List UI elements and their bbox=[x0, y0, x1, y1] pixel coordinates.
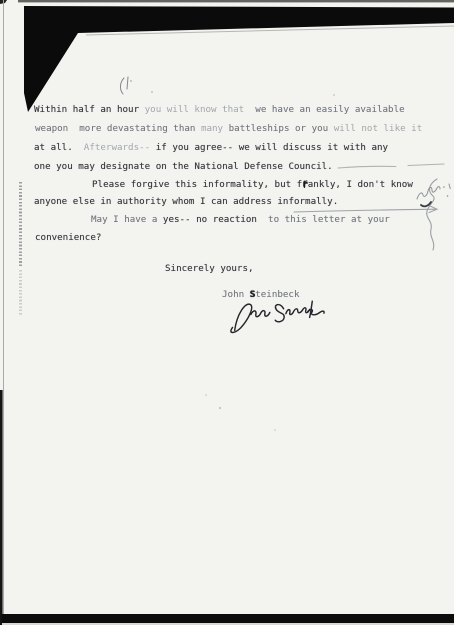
letter-line-1: Within half an hour you will know that w… bbox=[34, 104, 405, 116]
line-text: Please forgive this informality, but f bbox=[92, 179, 302, 190]
signature-john-steinbeck bbox=[224, 296, 338, 338]
typed-name-text: teinbeck bbox=[255, 289, 299, 300]
letter-line-5: Please forgive this informality, but fra… bbox=[92, 179, 413, 191]
line-text: we have an easily available bbox=[244, 104, 404, 115]
line-text: battleships or you bbox=[229, 123, 334, 134]
letter-line-7: May I have a yes-- no reaction to this l… bbox=[91, 214, 390, 226]
line-text: to this letter at your bbox=[263, 214, 390, 225]
line-text: Within half an hour bbox=[34, 104, 145, 115]
line-text: convenience? bbox=[35, 232, 101, 243]
line-text: anyone else in authority whom I can addr… bbox=[34, 196, 338, 207]
typed-name-text: John bbox=[222, 289, 250, 300]
left-edge-black-bar bbox=[0, 390, 3, 625]
black-scan-corner bbox=[24, 6, 454, 112]
signature-strokes bbox=[230, 300, 325, 332]
pencil-paren-mark bbox=[120, 77, 131, 94]
line-text: ankly, I don't know bbox=[308, 179, 413, 190]
line-text: one you may designate on the National De… bbox=[34, 161, 333, 172]
page-edge-diagonal bbox=[86, 26, 454, 35]
letter-line-8: convenience? bbox=[35, 232, 101, 244]
line-text: at all. bbox=[34, 142, 84, 153]
black-scan-bottom-bar bbox=[2, 614, 454, 623]
pencil-dash-underline bbox=[338, 164, 444, 168]
line-text: many bbox=[201, 123, 229, 134]
handwritten-margin-scribble bbox=[417, 184, 450, 206]
line-text: will not like it bbox=[334, 123, 423, 134]
typed-signature-name: John Steinbeck bbox=[222, 289, 299, 301]
vertical-stamp-marks bbox=[19, 182, 22, 266]
closing-text: Sincerely yours, bbox=[165, 263, 254, 274]
vertical-stamp-marks-faint bbox=[19, 270, 22, 316]
line-text: yes-- no reaction bbox=[163, 214, 263, 225]
line-text: May I have a bbox=[91, 214, 163, 225]
letter-line-2: weapon more devastating than many battle… bbox=[35, 123, 422, 135]
scanned-letter-page: Within half an hour you will know that w… bbox=[0, 0, 454, 625]
line-text: Afterwards-- bbox=[84, 142, 156, 153]
letter-line-4: one you may designate on the National De… bbox=[34, 161, 333, 173]
letter-closing: Sincerely yours, bbox=[165, 263, 254, 275]
line-text: weapon more devastating than bbox=[35, 123, 201, 134]
letter-line-6: anyone else in authority whom I can addr… bbox=[34, 196, 338, 208]
top-left-nub bbox=[0, 0, 7, 4]
pencil-margin-brace bbox=[427, 179, 437, 250]
top-edge-line bbox=[18, 0, 454, 2]
line-text: you will know that bbox=[145, 104, 245, 115]
line-text: if you agree-- we will discuss it with a… bbox=[156, 142, 388, 153]
letter-line-3: at all. Afterwards-- if you agree-- we w… bbox=[34, 142, 388, 154]
scan-artifacts-layer bbox=[0, 0, 454, 625]
